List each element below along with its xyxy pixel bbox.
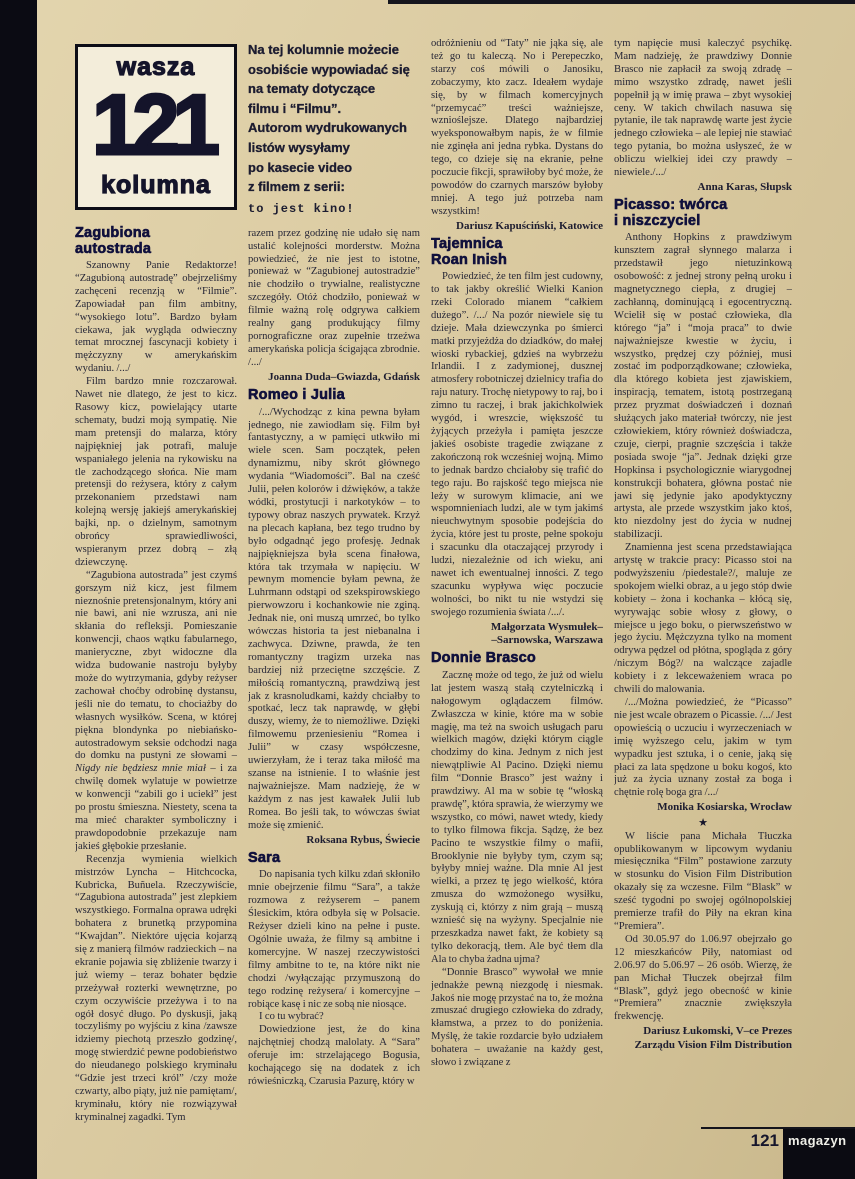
paragraph: W liście pana Michała Tłuczka opublikowa…	[614, 831, 792, 934]
paragraph: “Donnie Brasco” wywołał we mnie jednakże…	[431, 967, 603, 1070]
logo-word-bottom: kolumna	[101, 173, 211, 198]
paragraph: Szanowny Panie Redaktorze! “Zagubioną au…	[75, 260, 237, 376]
paragraph-continuation: tym napięcie musi kaleczyć psychikę. Mam…	[614, 38, 792, 180]
star-separator: ★	[614, 817, 792, 830]
paragraph: /.../Można powiedzieć, że “Picasso” nie …	[614, 697, 792, 800]
section-heading: Picasso: twórca i niszczyciel	[614, 198, 792, 229]
paragraph: Do napisania tych kilku zdań skłoniło mn…	[248, 869, 420, 1011]
column-3: odróżnieniu od “Taty” nie jąka się, ale …	[431, 38, 603, 1158]
logo-number: 121	[92, 90, 220, 162]
section-heading: Sara	[248, 851, 420, 867]
paragraph: Recenzja wymienia wielkich mistrzów Lync…	[75, 854, 237, 1125]
paragraph: Anthony Hopkins z prawdziwym kunsztem za…	[614, 232, 792, 542]
column-logo-box: wasza 121 kolumna	[75, 44, 237, 210]
paragraph: Powiedzieć, że ten film jest cudowny, to…	[431, 271, 603, 619]
footer-brand-label: magazyn	[783, 1129, 855, 1148]
letter-author: Monika Kosiarska, Wrocław	[614, 801, 792, 814]
column-2: Na tej kolumnie możecie osobiście wypowi…	[248, 40, 420, 1136]
paragraph: /.../Wychodząc z kina pewna byłam jedneg…	[248, 407, 420, 833]
footer-brand-box: magazyn	[783, 1129, 855, 1179]
logo-word-top: wasza	[117, 55, 196, 80]
paragraph: I co tu wybrać?	[248, 1011, 420, 1024]
page-edge-bar-top	[388, 0, 855, 4]
section-heading: Romeo i Julia	[248, 388, 420, 404]
footer-page-number: 121	[735, 1131, 779, 1151]
letter-author: Dariusz Kapuściński, Katowice	[431, 220, 603, 233]
paragraph: Zacznę może od tego, że już od wielu lat…	[431, 670, 603, 967]
section-heading: Donnie Brasco	[431, 651, 603, 667]
magazine-page: wasza 121 kolumna Zagubiona autostradaSz…	[0, 0, 855, 1179]
column-1: wasza 121 kolumna Zagubiona autostradaSz…	[75, 44, 237, 1134]
letter-author: Małgorzata Wysmułek– –Sarnowska, Warszaw…	[431, 621, 603, 648]
section-heading: Tajemnica Roan Inish	[431, 237, 603, 268]
italic-quote: Nigdy nie będziesz mnie miał	[75, 763, 206, 774]
section-heading: Zagubiona autostrada	[75, 226, 237, 257]
letter-author: Roksana Rybus, Świecie	[248, 834, 420, 847]
column-intro-series: to jest kino!	[248, 200, 420, 219]
page-edge-bar-left	[0, 0, 37, 1179]
paragraph: Dowiedzione jest, że do kina najchętniej…	[248, 1024, 420, 1089]
paragraph-continuation: razem przez godzinę nie udało się nam us…	[248, 228, 420, 370]
column-4: tym napięcie musi kaleczyć psychikę. Mam…	[614, 38, 792, 1158]
letter-author: Anna Karas, Słupsk	[614, 181, 792, 194]
letter-author: Joanna Duda–Gwiazda, Gdańsk	[248, 371, 420, 384]
paragraph: Od 30.05.97 do 1.06.97 obejrzało go 12 m…	[614, 934, 792, 1024]
paragraph: Film bardzo mnie rozczarował. Nawet nie …	[75, 376, 237, 570]
paragraph: “Zagubiona autostrada” jest czymś gorszy…	[75, 570, 237, 854]
letter-author: Dariusz Łukomski, V–ce Prezes Zarządu Vi…	[614, 1025, 792, 1052]
paragraph: Znamienna jest scena przedstawiająca art…	[614, 542, 792, 697]
column-intro-text: Na tej kolumnie możecie osobiście wypowi…	[248, 40, 420, 197]
paragraph-continuation: odróżnieniu od “Taty” nie jąka się, ale …	[431, 38, 603, 219]
